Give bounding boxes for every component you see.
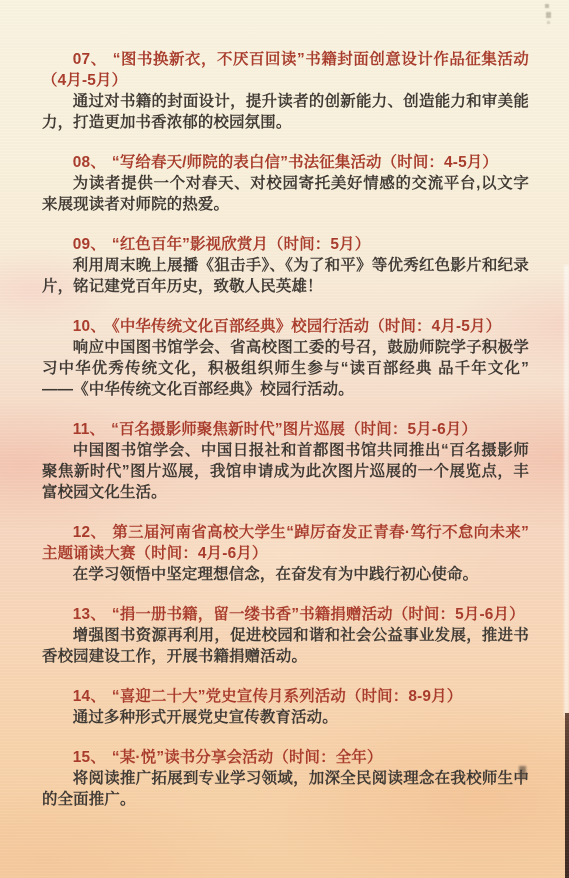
photo-smudge	[519, 766, 526, 779]
activity-number: 11、	[73, 421, 105, 438]
activity-description: 中国图书馆学会、中国日报社和首都图书馆共同推出“百名摄影师聚焦新时代”图片巡展，…	[42, 440, 529, 503]
activity-title: 13、“捐一册书籍，留一缕书香”书籍捐赠活动（时间：5月-6月）	[42, 604, 529, 625]
activity-description: 将阅读推广拓展到专业学习领域，加深全民阅读理念在我校师生中的全面推广。	[42, 768, 529, 810]
activity-description: 在学习领悟中坚定理想信念，在奋发有为中践行初心使命。	[42, 564, 529, 585]
activity-title: 12、第三届河南省高校大学生“踔厉奋发正青春·笃行不怠向未来”主题诵读大赛（时间…	[42, 522, 529, 564]
activity-title: 10、《中华传统文化百部经典》校园行活动（时间：4月-5月）	[42, 316, 529, 337]
activity-section-15: 15、“某·悦”读书分享会活动（时间：全年） 将阅读推广拓展到专业学习领域，加深…	[42, 747, 529, 810]
activity-number: 10、	[73, 318, 106, 335]
activity-description: 增强图书资源再利用，促进校园和谐和社会公益事业发展，推进书香校园建设工作，开展书…	[42, 625, 529, 667]
activity-section-08: 08、“写给春天/师院的表白信”书法征集活动（时间：4-5月） 为读者提供一个对…	[42, 152, 529, 215]
photo-speck	[545, 4, 549, 8]
activity-title: 07、“图书换新衣，不厌百回读”书籍封面创意设计作品征集活动（4月-5月）	[42, 49, 529, 91]
photo-edge-shadow	[565, 713, 569, 878]
activity-title-text: “捐一册书籍，留一缕书香”书籍捐赠活动（时间：5月-6月）	[112, 606, 525, 623]
activity-number: 15、	[73, 749, 106, 766]
activity-title-text: “红色百年”影视欣赏月（时间：5月）	[112, 236, 370, 253]
photo-speck	[546, 12, 551, 18]
activity-number: 12、	[73, 524, 107, 541]
activity-title: 15、“某·悦”读书分享会活动（时间：全年）	[42, 747, 529, 768]
activity-description: 利用周末晚上展播《狙击手》、《为了和平》等优秀红色影片和纪录片，铭记建党百年历史…	[42, 255, 529, 297]
activity-number: 09、	[73, 236, 106, 253]
activity-description: 通过对书籍的封面设计，提升读者的创新能力、创造能力和审美能力，打造更加书香浓郁的…	[42, 91, 529, 133]
activity-number: 08、	[73, 154, 106, 171]
activity-list: 07、“图书换新衣，不厌百回读”书籍封面创意设计作品征集活动（4月-5月） 通过…	[0, 0, 569, 810]
activity-section-12: 12、第三届河南省高校大学生“踔厉奋发正青春·笃行不怠向未来”主题诵读大赛（时间…	[42, 522, 529, 585]
activity-section-07: 07、“图书换新衣，不厌百回读”书籍封面创意设计作品征集活动（4月-5月） 通过…	[42, 49, 529, 133]
activity-title-text: “某·悦”读书分享会活动（时间：全年）	[112, 749, 383, 766]
activity-section-11: 11、“百名摄影师聚焦新时代”图片巡展（时间：5月-6月） 中国图书馆学会、中国…	[42, 419, 529, 503]
activity-number: 07、	[73, 51, 107, 68]
activity-title: 11、“百名摄影师聚焦新时代”图片巡展（时间：5月-6月）	[42, 419, 529, 440]
activity-description: 通过多种形式开展党史宣传教育活动。	[42, 707, 529, 728]
activity-title-text: 《中华传统文化百部经典》校园行活动（时间：4月-5月）	[112, 318, 501, 335]
activity-title-text: “写给春天/师院的表白信”书法征集活动（时间：4-5月）	[112, 154, 498, 171]
activity-title: 14、“喜迎二十大”党史宣传月系列活动（时间：8-9月）	[42, 686, 529, 707]
photo-speck	[547, 21, 550, 24]
activity-section-09: 09、“红色百年”影视欣赏月（时间：5月） 利用周末晚上展播《狙击手》、《为了和…	[42, 234, 529, 297]
activity-number: 14、	[73, 688, 106, 705]
photo-edge-highlight	[564, 265, 569, 717]
activity-title-text: “喜迎二十大”党史宣传月系列活动（时间：8-9月）	[112, 688, 462, 705]
activity-title: 09、“红色百年”影视欣赏月（时间：5月）	[42, 234, 529, 255]
activity-title-text: “百名摄影师聚焦新时代”图片巡展（时间：5月-6月）	[111, 421, 477, 438]
activity-section-13: 13、“捐一册书籍，留一缕书香”书籍捐赠活动（时间：5月-6月） 增强图书资源再…	[42, 604, 529, 667]
activity-description: 为读者提供一个对春天、对校园寄托美好情感的交流平台,以文字来展现读者对师院的热爱…	[42, 173, 529, 215]
activity-section-14: 14、“喜迎二十大”党史宣传月系列活动（时间：8-9月） 通过多种形式开展党史宣…	[42, 686, 529, 728]
activity-title: 08、“写给春天/师院的表白信”书法征集活动（时间：4-5月）	[42, 152, 529, 173]
activity-title-text: 第三届河南省高校大学生“踔厉奋发正青春·笃行不怠向未来”主题诵读大赛（时间：4月…	[42, 524, 529, 562]
activity-section-10: 10、《中华传统文化百部经典》校园行活动（时间：4月-5月） 响应中国图书馆学会…	[42, 316, 529, 400]
activity-title-text: “图书换新衣，不厌百回读”书籍封面创意设计作品征集活动（4月-5月）	[42, 51, 529, 89]
activity-description: 响应中国图书馆学会、省高校图工委的号召，鼓励师院学子积极学习中华优秀传统文化，积…	[42, 337, 529, 400]
poster-page: 07、“图书换新衣，不厌百回读”书籍封面创意设计作品征集活动（4月-5月） 通过…	[0, 0, 569, 878]
activity-number: 13、	[73, 606, 106, 623]
